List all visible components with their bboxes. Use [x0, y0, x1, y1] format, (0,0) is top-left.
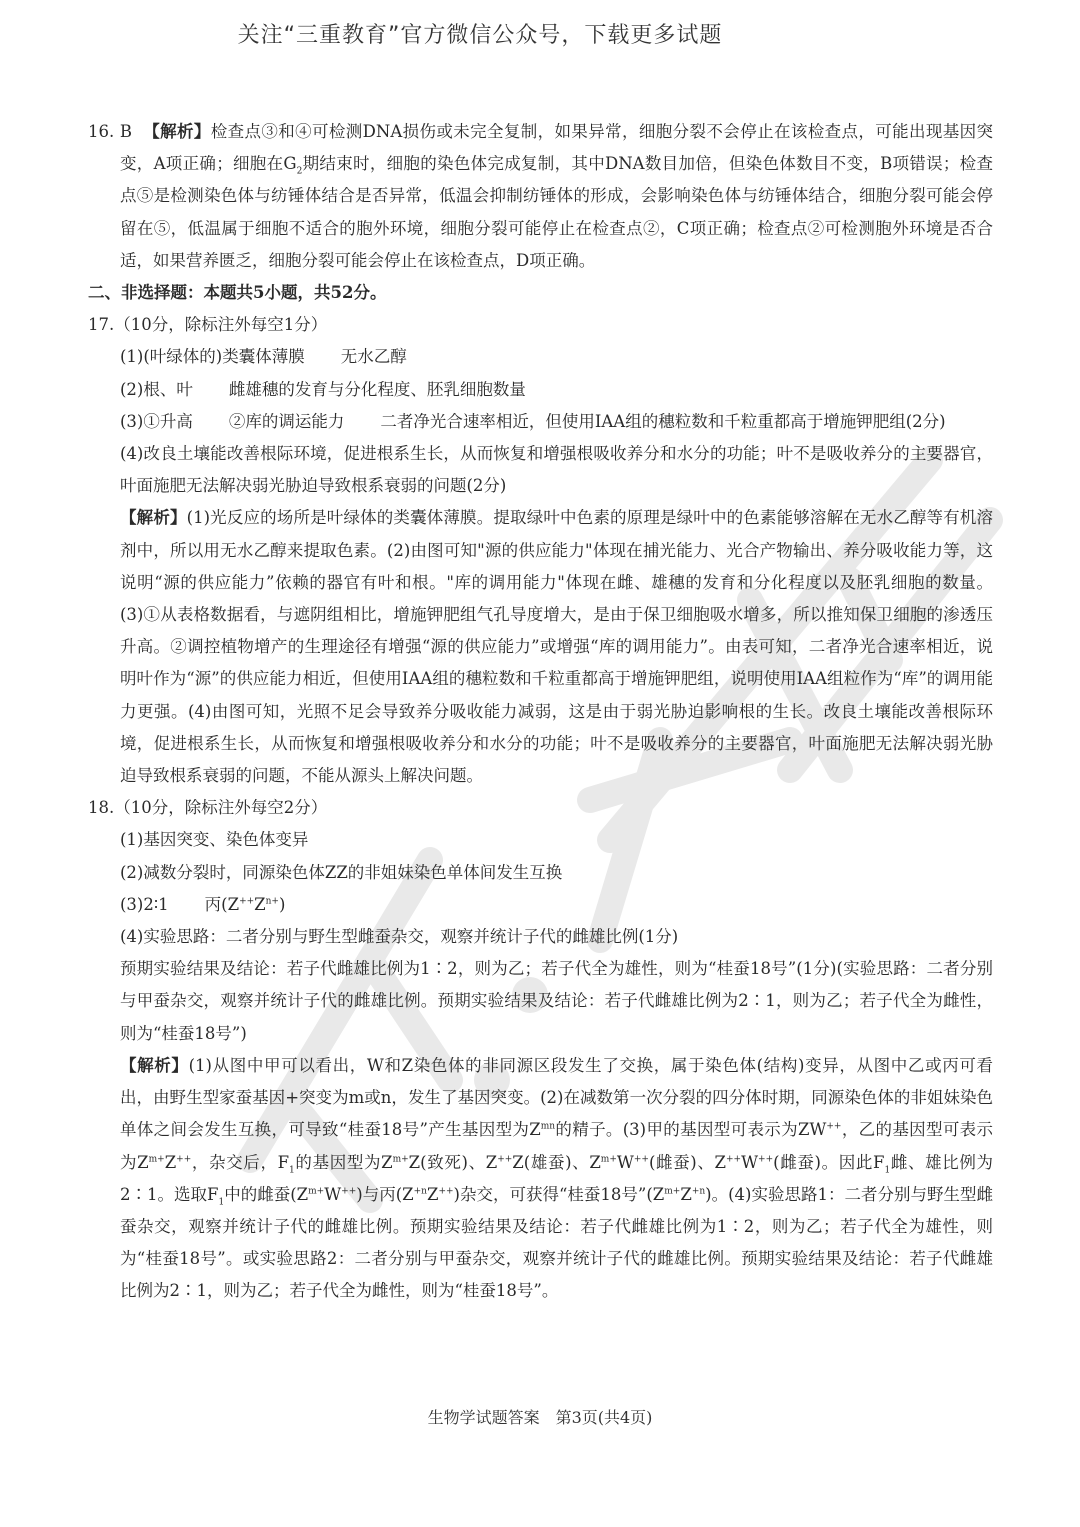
superscript: ++ — [758, 1154, 773, 1164]
answer-part: (1)(叶绿体的)类囊体薄膜 — [120, 347, 305, 366]
analysis-text: (雌蚕)。因此F — [773, 1153, 884, 1172]
superscript: +n — [692, 1186, 705, 1196]
analysis-text: Z(雄蚕)、Z — [512, 1153, 601, 1172]
analysis-text: )杂交，可获得“桂蚕18号”(Z — [454, 1185, 665, 1204]
answer-part: 二者净光合速率相近，但使用IAA组的穗粒数和千粒重都高于增施钾肥组(2分) — [380, 412, 945, 431]
analysis-text: W — [741, 1153, 758, 1172]
superscript: ++ — [826, 1122, 841, 1132]
superscript: ++ — [438, 1186, 453, 1196]
banner-text: 关注“三重教育”官方微信公众号，下载更多试题 — [238, 23, 723, 48]
analysis-text: Z — [165, 1153, 176, 1172]
q16-answer: 16. B 【解析】检查点③和④可检测DNA损伤或未完全复制，如果异常，细胞分裂… — [88, 116, 993, 277]
q18-answer-4-result: 预期实验结果及结论：若子代雌雄比例为1∶2，则为乙；若子代全为雄性，则为“桂蚕1… — [88, 953, 993, 1050]
q18-analysis: 【解析】(1)从图中甲可以看出，W和Z染色体的非同源区段发生了交换，属于染色体(… — [88, 1050, 993, 1308]
q17-answer-4: (4)改良土壤能改善根际环境，促进根系生长，从而恢复和增强根吸收养分和水分的功能… — [88, 438, 993, 502]
answer-part: (2)根、叶 — [120, 380, 193, 399]
answer-content: 16. B 【解析】检查点③和④可检测DNA损伤或未完全复制，如果异常，细胞分裂… — [88, 116, 993, 1308]
analysis-text: Z — [680, 1185, 691, 1204]
page-footer: 生物学试题答案 第3页(共4页) — [0, 1405, 1080, 1428]
q18-answer-1: (1)基因突变、染色体变异 — [88, 824, 993, 856]
answer-part: 无水乙醇 — [341, 347, 407, 366]
answer-part: (3)①升高 — [120, 412, 193, 431]
analysis-text: (1)光反应的场所是叶绿体的类囊体薄膜。提取绿叶中色素的原理是绿叶中的色素能够溶… — [120, 508, 993, 785]
superscript: ++ — [239, 896, 254, 906]
analysis-text: 的精子。(3)甲的基因型可表示为ZW — [555, 1120, 826, 1139]
q18-answer-2: (2)减数分裂时，同源染色体ZZ的非姐妹染色单体间发生互换 — [88, 857, 993, 889]
superscript: ++ — [726, 1154, 741, 1164]
answer-part: (3)2∶1 — [120, 895, 169, 914]
superscript: m+ — [149, 1154, 165, 1164]
analysis-text: Z(致死)、Z — [409, 1153, 498, 1172]
analysis-tag: 【解析】 — [120, 508, 187, 527]
superscript: m+ — [393, 1154, 409, 1164]
section-heading: 二、非选择题：本题共5小题，共52分。 — [88, 277, 993, 309]
genotype: Z — [254, 895, 265, 914]
analysis-tag: 【解析】 — [120, 1056, 189, 1075]
q17-analysis: 【解析】(1)光反应的场所是叶绿体的类囊体薄膜。提取绿叶中色素的原理是绿叶中的色… — [88, 502, 993, 792]
superscript: n+ — [266, 896, 279, 906]
analysis-tag: 【解析】 — [143, 122, 211, 141]
q17-header: 17.（10分，除标注外每空1分） — [88, 309, 993, 341]
analysis-text: W — [324, 1185, 341, 1204]
q17-answer-3: (3)①升高②库的调运能力二者净光合速率相近，但使用IAA组的穗粒数和千粒重都高… — [88, 406, 993, 438]
analysis-text: W — [617, 1153, 634, 1172]
analysis-text: (雌蚕)、Z — [649, 1153, 726, 1172]
answer-part: 雌雄穗的发育与分化程度、胚乳细胞数量 — [229, 380, 526, 399]
superscript: m+ — [664, 1186, 680, 1196]
superscript: ++ — [497, 1154, 512, 1164]
promo-banner: 关注“三重教育”官方微信公众号，下载更多试题 — [0, 18, 1080, 49]
q17-answer-2: (2)根、叶雌雄穗的发育与分化程度、胚乳细胞数量 — [88, 374, 993, 406]
analysis-text: 的基因型为Z — [295, 1153, 393, 1172]
superscript: ++ — [634, 1154, 649, 1164]
analysis-text: ，杂交后，F — [191, 1153, 289, 1172]
analysis-text: 中的雌蚕(Z — [224, 1185, 308, 1204]
q16-label: 16. B — [88, 122, 132, 141]
answer-part: ②库的调运能力 — [229, 412, 345, 431]
superscript: ++ — [176, 1154, 191, 1164]
q17-answer-1: (1)(叶绿体的)类囊体薄膜无水乙醇 — [88, 341, 993, 373]
superscript: mn — [541, 1122, 555, 1132]
superscript: m+ — [601, 1154, 617, 1164]
analysis-text: Z — [427, 1185, 438, 1204]
analysis-text: )与丙(Z — [356, 1185, 413, 1204]
superscript: m+ — [308, 1186, 324, 1196]
q18-answer-3: (3)2∶1丙(Z++Zn+) — [88, 889, 993, 921]
genotype: ) — [279, 895, 285, 914]
superscript: ++ — [341, 1186, 356, 1196]
q18-answer-4: (4)实验思路：二者分别与野生型雌蚕杂交，观察并统计子代的雌雄比例(1分) — [88, 921, 993, 953]
superscript: +n — [414, 1186, 427, 1196]
genotype: 丙(Z — [205, 895, 239, 914]
q18-header: 18.（10分，除标注外每空2分） — [88, 792, 993, 824]
